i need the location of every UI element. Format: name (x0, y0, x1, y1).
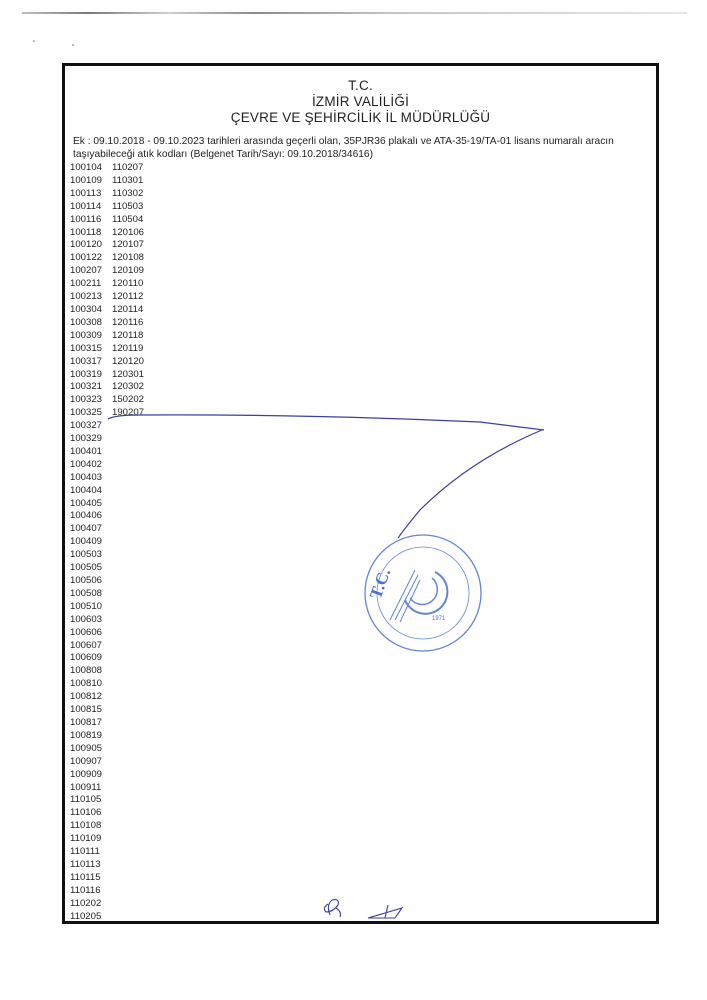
waste-code-row: 110202 (70, 898, 154, 911)
waste-code: 120301 (112, 369, 154, 382)
header-tc: T.C. (65, 78, 656, 94)
waste-code: 100319 (70, 369, 112, 382)
waste-code: 110302 (112, 188, 154, 201)
waste-code: 100211 (70, 278, 112, 291)
waste-code: 110202 (70, 898, 112, 911)
waste-code: 110105 (70, 794, 112, 807)
waste-code: 100810 (70, 678, 112, 691)
waste-code-row: 100403 (70, 472, 154, 485)
waste-code: 100506 (70, 575, 112, 588)
waste-code-row: 100309120118 (70, 330, 154, 343)
waste-code: 100905 (70, 743, 112, 756)
waste-code: 190207 (112, 407, 154, 420)
waste-code-row: 100308120116 (70, 317, 154, 330)
waste-code-row: 100909 (70, 769, 154, 782)
waste-code: 100120 (70, 239, 112, 252)
waste-code: 100329 (70, 433, 112, 446)
waste-code: 100911 (70, 782, 112, 795)
waste-code: 120116 (112, 317, 154, 330)
waste-code: 120119 (112, 343, 154, 356)
waste-code: 100505 (70, 562, 112, 575)
waste-code: 120106 (112, 227, 154, 240)
waste-code-row: 100815 (70, 704, 154, 717)
waste-code-row: 100503 (70, 549, 154, 562)
waste-code: 100327 (70, 420, 112, 433)
waste-code: 100122 (70, 252, 112, 265)
waste-code: 110106 (70, 807, 112, 820)
waste-code-row: 100207120109 (70, 265, 154, 278)
waste-code-row: 110115 (70, 872, 154, 885)
waste-code-row: 100808 (70, 665, 154, 678)
waste-code: 100510 (70, 601, 112, 614)
scan-artifact-line (22, 12, 687, 14)
waste-code: 110503 (112, 201, 154, 214)
waste-code: 100503 (70, 549, 112, 562)
waste-code-row: 110113 (70, 859, 154, 872)
waste-code-row: 110116 (70, 885, 154, 898)
waste-code: 100812 (70, 691, 112, 704)
waste-code-list: 1001041102071001091103011001131103021001… (70, 162, 154, 923)
waste-code: 120120 (112, 356, 154, 369)
waste-code: 100116 (70, 214, 112, 227)
waste-code-row: 100404 (70, 485, 154, 498)
waste-code: 110109 (70, 833, 112, 846)
waste-code: 150202 (112, 394, 154, 407)
waste-code-row: 100508 (70, 588, 154, 601)
waste-code-row: 100812 (70, 691, 154, 704)
waste-code-row: 100817 (70, 717, 154, 730)
waste-code-row: 100104110207 (70, 162, 154, 175)
waste-code: 100317 (70, 356, 112, 369)
waste-code-row: 100505 (70, 562, 154, 575)
waste-code-row: 100603 (70, 614, 154, 627)
waste-code: 100817 (70, 717, 112, 730)
waste-code: 100213 (70, 291, 112, 304)
waste-code: 120109 (112, 265, 154, 278)
waste-code-row: 110105 (70, 794, 154, 807)
waste-code: 100118 (70, 227, 112, 240)
waste-code-row: 100409 (70, 536, 154, 549)
waste-code-row: 100116110504 (70, 214, 154, 227)
waste-code: 100404 (70, 485, 112, 498)
waste-code: 110205 (70, 911, 112, 924)
scan-speck (33, 40, 35, 42)
document-frame: T.C. İZMİR VALİLİĞİ ÇEVRE VE ŞEHİRCİLİK … (62, 63, 659, 924)
waste-code-row: 100607 (70, 640, 154, 653)
waste-code: 100607 (70, 640, 112, 653)
waste-code-row: 100315120119 (70, 343, 154, 356)
waste-code-row: 100304120114 (70, 304, 154, 317)
waste-code-row: 110205 (70, 911, 154, 924)
waste-code-row: 100905 (70, 743, 154, 756)
waste-code: 110108 (70, 820, 112, 833)
waste-code: 110115 (70, 872, 112, 885)
waste-code-row: 100319120301 (70, 369, 154, 382)
waste-code-row: 100402 (70, 459, 154, 472)
header-governorship: İZMİR VALİLİĞİ (65, 94, 656, 110)
waste-code: 120302 (112, 381, 154, 394)
waste-code: 100508 (70, 588, 112, 601)
waste-code-row: 100819 (70, 730, 154, 743)
waste-code: 100308 (70, 317, 112, 330)
waste-code: 100406 (70, 510, 112, 523)
waste-code-row: 100327 (70, 420, 154, 433)
waste-code: 100402 (70, 459, 112, 472)
waste-code-row: 100113110302 (70, 188, 154, 201)
waste-code-row: 100401 (70, 446, 154, 459)
waste-code: 120110 (112, 278, 154, 291)
waste-code: 110116 (70, 885, 112, 898)
waste-code: 100113 (70, 188, 112, 201)
waste-code: 120118 (112, 330, 154, 343)
waste-code-row: 100329 (70, 433, 154, 446)
waste-code-row: 110111 (70, 846, 154, 859)
waste-code-row: 100325190207 (70, 407, 154, 420)
waste-code-row: 100114110503 (70, 201, 154, 214)
waste-code-row: 100907 (70, 756, 154, 769)
waste-code-row: 100506 (70, 575, 154, 588)
waste-code: 100323 (70, 394, 112, 407)
waste-code: 100104 (70, 162, 112, 175)
waste-code: 110301 (112, 175, 154, 188)
waste-code: 100407 (70, 523, 112, 536)
waste-code: 110504 (112, 214, 154, 227)
waste-code-row: 100609 (70, 652, 154, 665)
document-header: T.C. İZMİR VALİLİĞİ ÇEVRE VE ŞEHİRCİLİK … (65, 78, 656, 126)
waste-code-row: 110109 (70, 833, 154, 846)
waste-code-row: 100122120108 (70, 252, 154, 265)
waste-code-row: 100321120302 (70, 381, 154, 394)
waste-code: 100401 (70, 446, 112, 459)
waste-code: 110207 (112, 162, 154, 175)
waste-code: 100403 (70, 472, 112, 485)
waste-code: 100815 (70, 704, 112, 717)
waste-code-row: 100109110301 (70, 175, 154, 188)
waste-code-row: 100407 (70, 523, 154, 536)
attachment-description: Ek : 09.10.2018 - 09.10.2023 tarihleri a… (73, 136, 646, 161)
waste-code: 100304 (70, 304, 112, 317)
header-directorate: ÇEVRE VE ŞEHİRCİLİK İL MÜDÜRLÜĞÜ (65, 110, 656, 126)
waste-code: 120114 (112, 304, 154, 317)
waste-code: 100109 (70, 175, 112, 188)
waste-code: 100207 (70, 265, 112, 278)
waste-code: 120108 (112, 252, 154, 265)
waste-code-row: 100911 (70, 782, 154, 795)
waste-code: 100321 (70, 381, 112, 394)
waste-code: 100808 (70, 665, 112, 678)
waste-code: 110113 (70, 859, 112, 872)
intro-line-1: Ek : 09.10.2018 - 09.10.2023 tarihleri a… (73, 136, 646, 149)
waste-code-row: 100211120110 (70, 278, 154, 291)
waste-code-row: 100317120120 (70, 356, 154, 369)
waste-code: 100909 (70, 769, 112, 782)
waste-code: 100606 (70, 627, 112, 640)
waste-code: 100819 (70, 730, 112, 743)
waste-code: 100907 (70, 756, 112, 769)
waste-code-row: 100510 (70, 601, 154, 614)
waste-code: 100114 (70, 201, 112, 214)
waste-code-row: 100323150202 (70, 394, 154, 407)
waste-code-row: 100810 (70, 678, 154, 691)
intro-line-2: taşıyabileceği atık kodları (Belgenet Ta… (73, 149, 646, 162)
waste-code: 120112 (112, 291, 154, 304)
waste-code: 100325 (70, 407, 112, 420)
waste-code: 120107 (112, 239, 154, 252)
waste-code: 100315 (70, 343, 112, 356)
waste-code: 100409 (70, 536, 112, 549)
waste-code: 110111 (70, 846, 112, 859)
waste-code-row: 100120120107 (70, 239, 154, 252)
waste-code: 100309 (70, 330, 112, 343)
waste-code: 100609 (70, 652, 112, 665)
waste-code-row: 100606 (70, 627, 154, 640)
waste-code-row: 110108 (70, 820, 154, 833)
waste-code-row: 110106 (70, 807, 154, 820)
scan-speck (72, 44, 74, 46)
waste-code-row: 100213120112 (70, 291, 154, 304)
waste-code: 100603 (70, 614, 112, 627)
waste-code-row: 100118120106 (70, 227, 154, 240)
waste-code-row: 100405 (70, 498, 154, 511)
waste-code-row: 100406 (70, 510, 154, 523)
waste-code: 100405 (70, 498, 112, 511)
